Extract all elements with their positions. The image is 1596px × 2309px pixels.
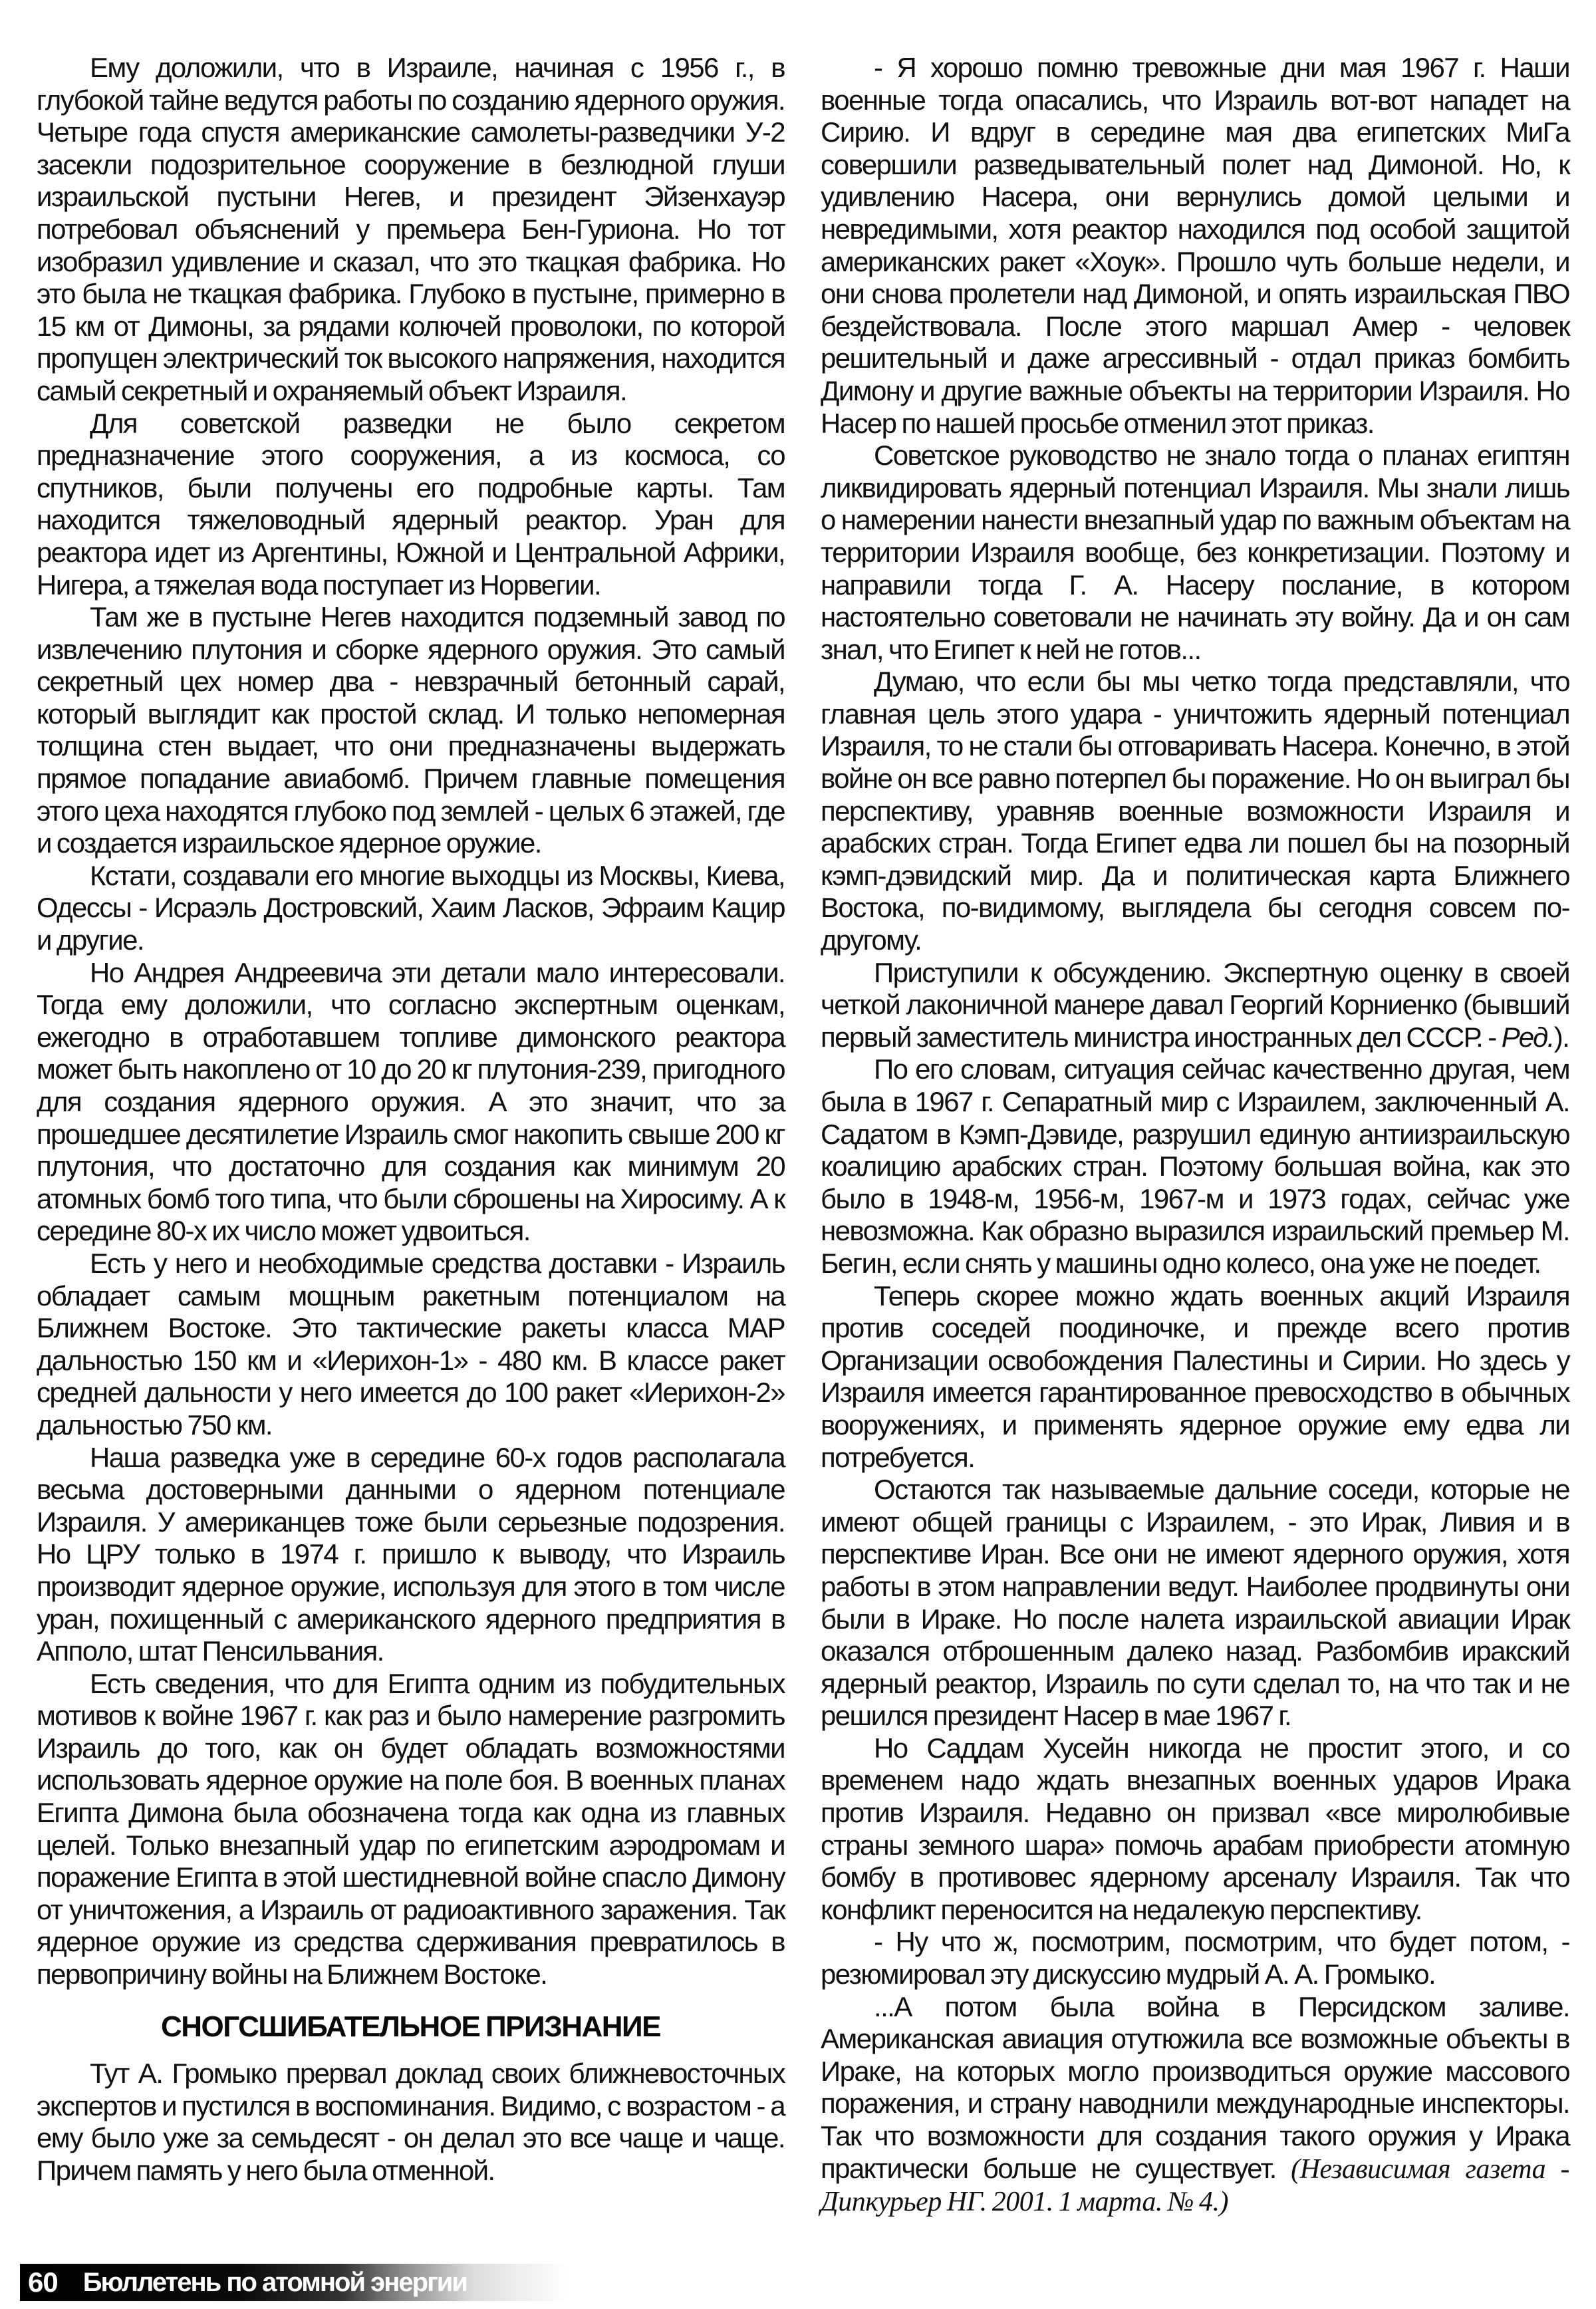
paragraph: По его словам, ситуация сейчас качествен… <box>821 1053 1569 1280</box>
paragraph: Есть сведения, что для Египта одним из п… <box>37 1668 785 1991</box>
paragraph: Тут А. Громыко прервал доклад своих ближ… <box>37 2058 785 2187</box>
section-heading: СНОГСШИБАТЕЛЬНОЕ ПРИЗНАНИЕ <box>37 2011 785 2044</box>
paragraph: Наша разведка уже в середине 60-х годов … <box>37 1442 785 1668</box>
paragraph: Там же в пустыне Негев находится подземн… <box>37 601 785 860</box>
paragraph: Кстати, создавали его многие выходцы из … <box>37 860 785 957</box>
paragraph: Для советской разведки не было секретом … <box>37 408 785 602</box>
paragraph: Ему доложили, что в Израиле, начиная с 1… <box>37 52 785 408</box>
left-column: Ему доложили, что в Израиле, начиная с 1… <box>37 52 785 2187</box>
magazine-page: Ему доложили, что в Израиле, начиная с 1… <box>0 0 1596 2309</box>
paragraph-text: Приступили к обсуждению. Экспертную оцен… <box>821 957 1569 1053</box>
paragraph: Есть у него и необходимые средства доста… <box>37 1248 785 1442</box>
paragraph: Думаю, что если бы мы четко тогда предст… <box>821 666 1569 956</box>
paragraph-korniyenko: Приступили к обсуждению. Экспертную оцен… <box>821 957 1569 1054</box>
paragraph: - Ну что ж, посмотрим, посмотрим, что бу… <box>821 1926 1569 1990</box>
paragraph: - Я хорошо помню тревожные дни мая 1967 … <box>821 52 1569 440</box>
footer-bar: 60 Бюллетень по атомной энергии <box>20 2264 751 2301</box>
paragraph: Теперь скорее можно ждать военных акций … <box>821 1280 1569 1474</box>
paragraph: Но Саддам Хусейн никогда не простит этог… <box>821 1732 1569 1927</box>
paragraph: Остаются так называемые дальние соседи, … <box>821 1474 1569 1732</box>
page-number: 60 <box>28 2266 58 2298</box>
editor-note: Ред. <box>1502 1021 1554 1053</box>
paragraph: Но Андрея Андреевича эти детали мало инт… <box>37 957 785 1248</box>
paragraph-tail: ). <box>1554 1021 1569 1053</box>
publication-title: Бюллетень по атомной энергии <box>83 2268 467 2298</box>
right-column: - Я хорошо помню тревожные дни мая 1967 … <box>821 52 1569 2219</box>
paragraph-final: ...А потом была война в Персидском залив… <box>821 1991 1569 2219</box>
paragraph: Советское руководство не знало тогда о п… <box>821 440 1569 666</box>
